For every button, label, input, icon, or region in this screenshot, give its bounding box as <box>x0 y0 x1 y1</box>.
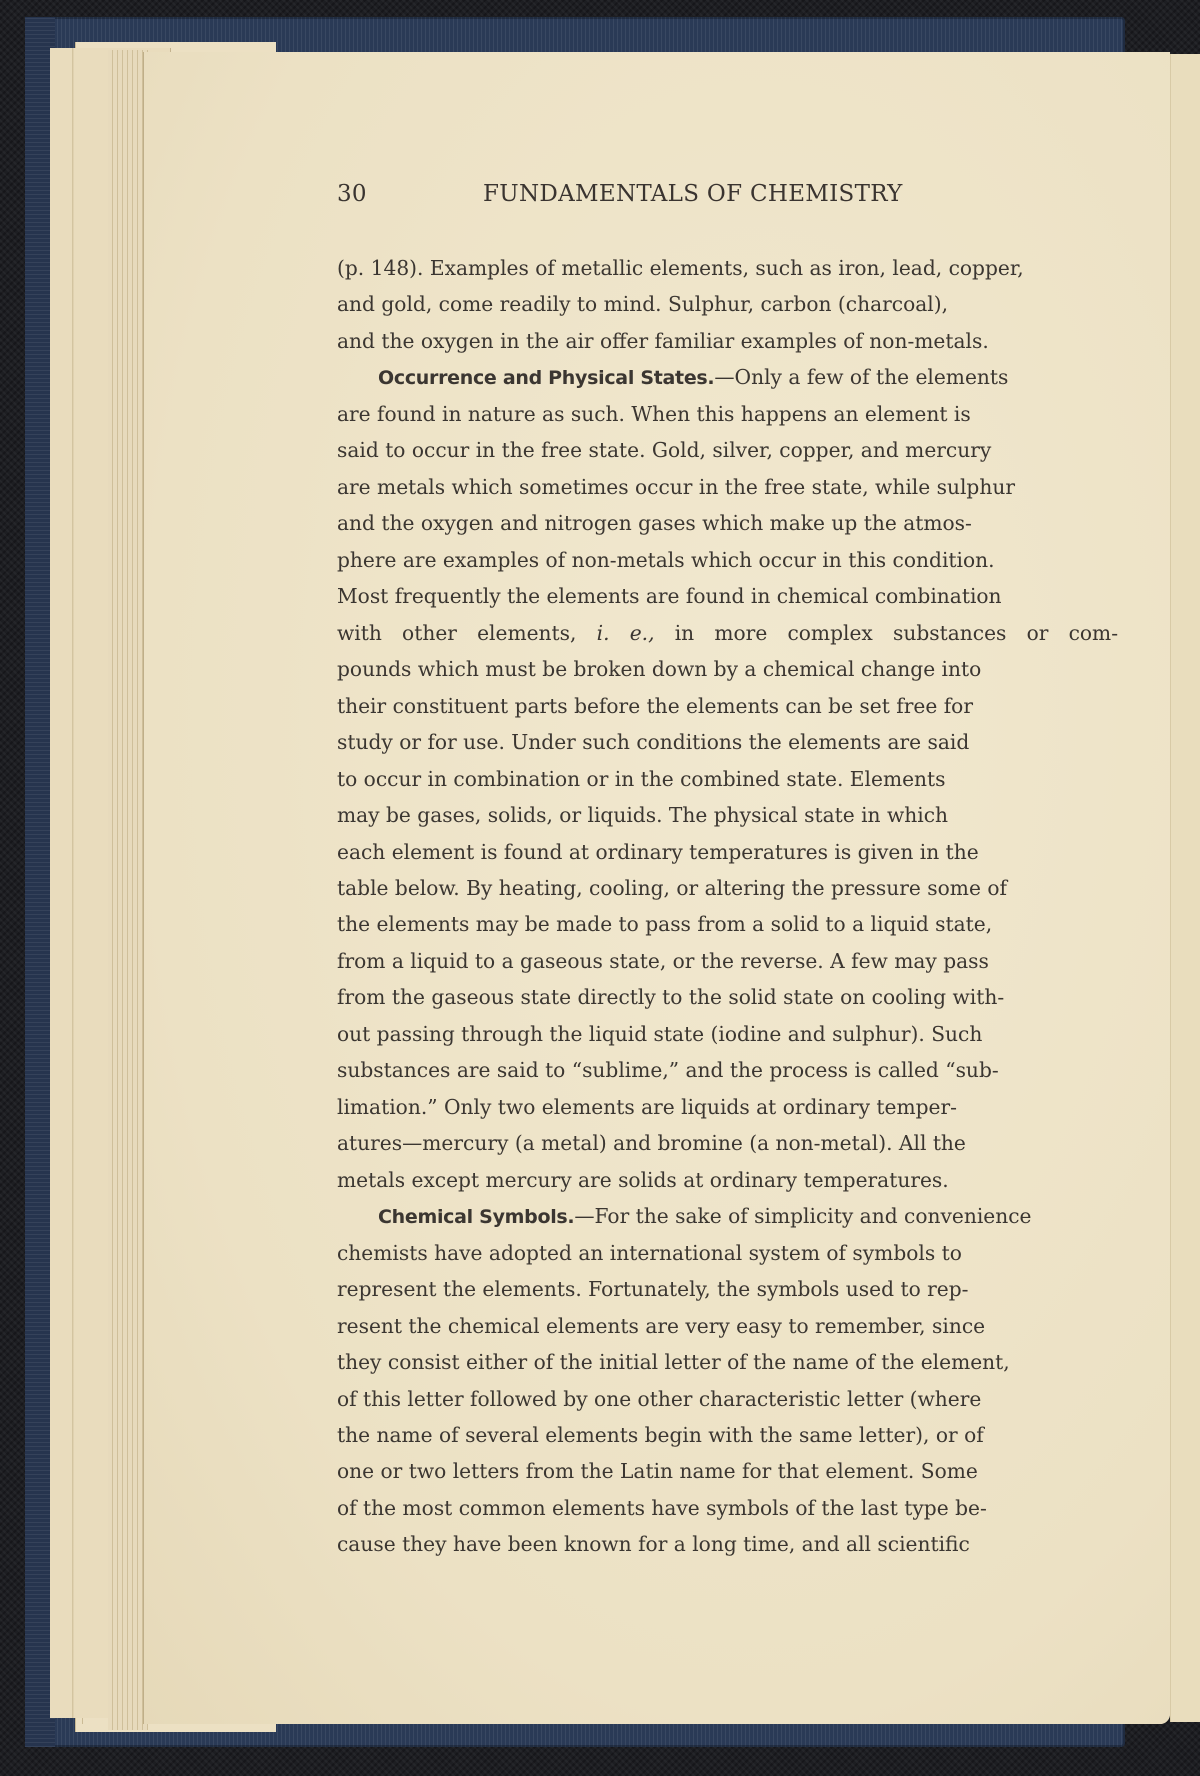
text-line: substances are said to “sublime,” and th… <box>337 1052 1118 1088</box>
text-line: and the oxygen in the air offer familiar… <box>337 323 1118 359</box>
text-line: (p. 148). Examples of metallic elements,… <box>337 250 1118 286</box>
text-line: metals except mercury are solids at ordi… <box>337 1162 1118 1198</box>
text-line: Occurrence and Physical States.—Only a f… <box>337 359 1118 395</box>
text-run: —For the sake of simplicity and convenie… <box>574 1204 1031 1228</box>
page-stack-edges <box>108 50 148 1730</box>
text-run: in more complex substances or com- <box>675 621 1118 645</box>
text-line: of the most common elements have symbols… <box>337 1490 1118 1526</box>
text-line: Chemical Symbols.—For the sake of simpli… <box>337 1198 1118 1234</box>
section-heading: Chemical Symbols. <box>378 1206 574 1228</box>
text-line: atures—mercury (a metal) and bromine (a … <box>337 1125 1118 1161</box>
text-line: each element is found at ordinary temper… <box>337 834 1118 870</box>
text-line: from the gaseous state directly to the s… <box>337 979 1118 1015</box>
text-line: pounds which must be broken down by a ch… <box>337 651 1118 687</box>
text-line: the elements may be made to pass from a … <box>337 906 1118 942</box>
text-line: phere are examples of non-metals which o… <box>337 542 1118 578</box>
text-line: said to occur in the free state. Gold, s… <box>337 432 1118 468</box>
text-line: and the oxygen and nitrogen gases which … <box>337 505 1118 541</box>
text-line: cause they have been known for a long ti… <box>337 1526 1118 1562</box>
text-line: of this letter followed by one other cha… <box>337 1381 1118 1417</box>
text-line: table below. By heating, cooling, or alt… <box>337 870 1118 906</box>
running-head: 30 FUNDAMENTALS OF CHEMISTRY <box>337 181 967 211</box>
text-line: may be gases, solids, or liquids. The ph… <box>337 797 1118 833</box>
paragraph: (p. 148). Examples of metallic elements,… <box>337 250 1118 359</box>
text-line: out passing through the liquid state (io… <box>337 1016 1118 1052</box>
text-line: study or for use. Under such conditions … <box>337 724 1118 760</box>
text-run: with other elements, <box>337 621 576 645</box>
flyleaf-fold <box>72 48 74 1718</box>
text-line: they consist either of the initial lette… <box>337 1344 1118 1380</box>
text-line: the name of several elements begin with … <box>337 1417 1118 1453</box>
text-line: chemists have adopted an international s… <box>337 1235 1118 1271</box>
text-line: from a liquid to a gaseous state, or the… <box>337 943 1118 979</box>
text-line: with other elements, i. e., in more comp… <box>337 615 1118 651</box>
text-run: —Only a few of the elements <box>714 365 1008 389</box>
text-line: and gold, come readily to mind. Sulphur,… <box>337 286 1118 322</box>
text-line: represent the elements. Fortunately, the… <box>337 1271 1118 1307</box>
text-line: one or two letters from the Latin name f… <box>337 1453 1118 1489</box>
facing-page-edge <box>1170 54 1200 1722</box>
paragraph-chemical-symbols: Chemical Symbols.—For the sake of simpli… <box>337 1198 1118 1563</box>
body-text: (p. 148). Examples of metallic elements,… <box>337 250 1118 1563</box>
text-line: are metals which sometimes occur in the … <box>337 469 1118 505</box>
paragraph-occurrence: Occurrence and Physical States.—Only a f… <box>337 359 1118 1198</box>
text-line: Most frequently the elements are found i… <box>337 578 1118 614</box>
text-line: to occur in combination or in the combin… <box>337 761 1118 797</box>
section-heading: Occurrence and Physical States. <box>378 367 714 389</box>
italic-abbrev: i. e., <box>597 621 655 645</box>
text-line: are found in nature as such. When this h… <box>337 396 1118 432</box>
text-line: limation.” Only two elements are liquids… <box>337 1089 1118 1125</box>
page-number: 30 <box>337 181 367 207</box>
text-line: their constituent parts before the eleme… <box>337 688 1118 724</box>
running-head-title: FUNDAMENTALS OF CHEMISTRY <box>483 181 903 207</box>
text-line: resent the chemical elements are very ea… <box>337 1308 1118 1344</box>
